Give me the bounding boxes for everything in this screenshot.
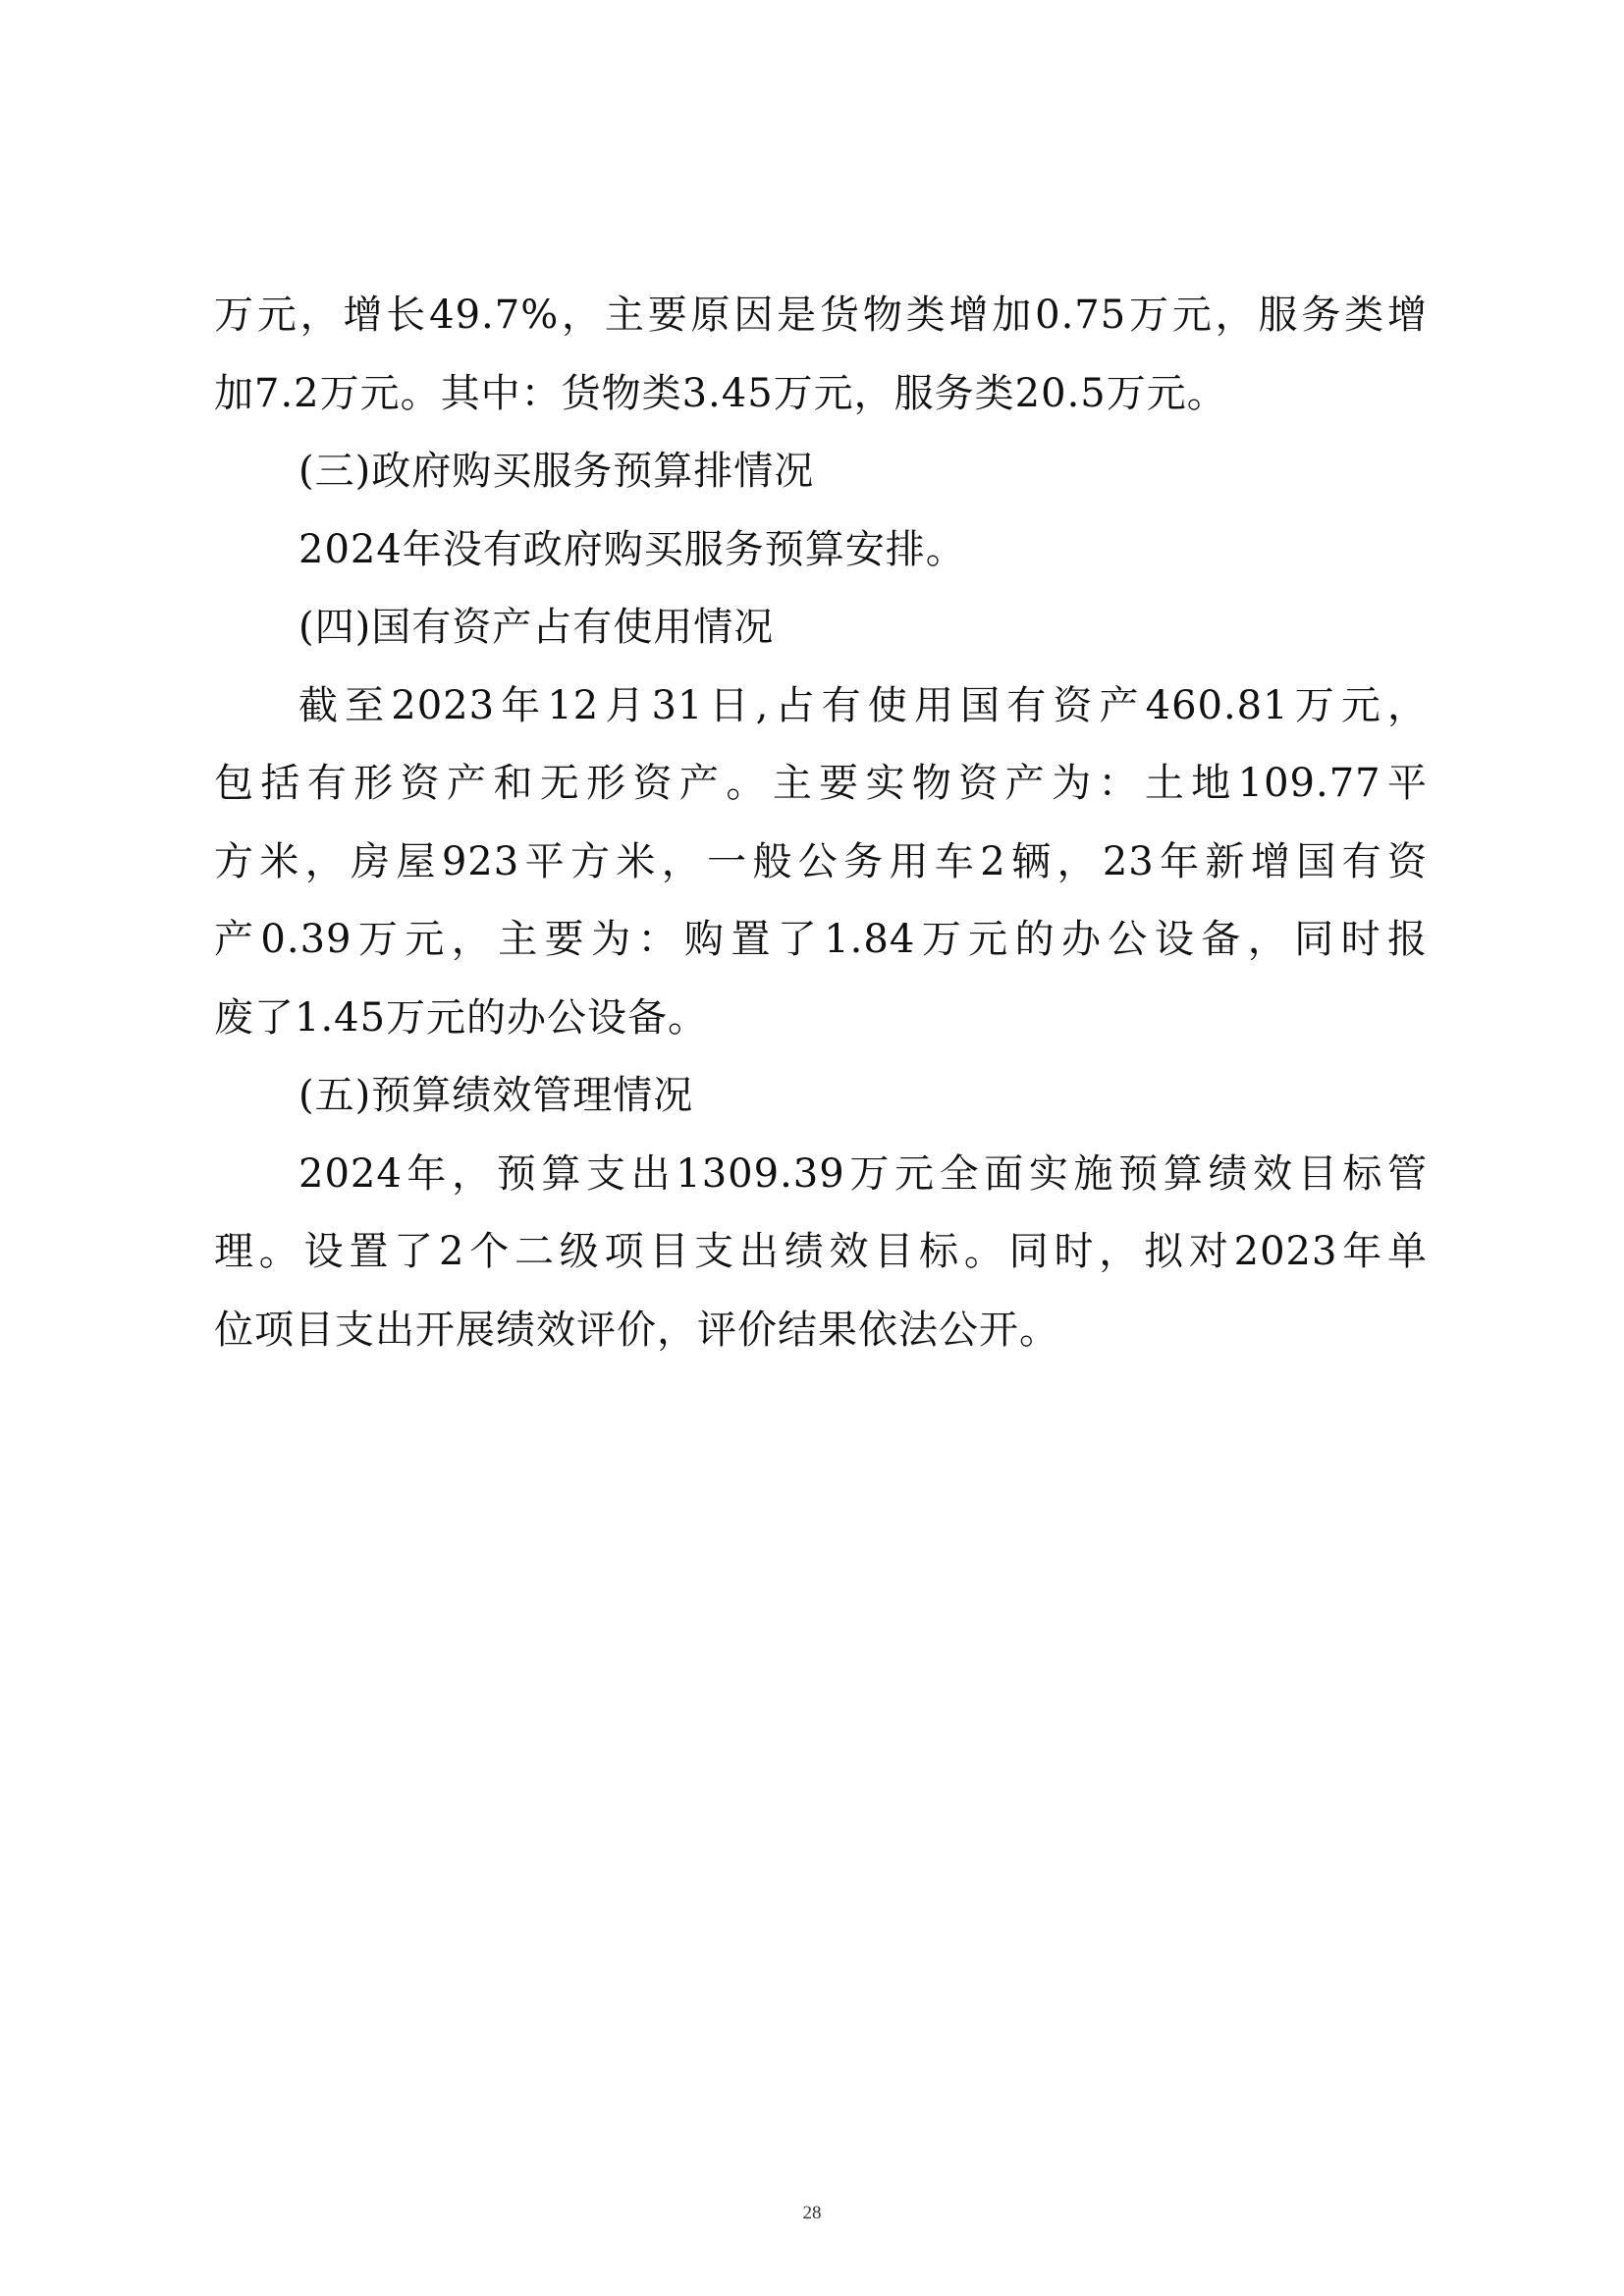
paragraph-line: 万元，增长49.7%，主要原因是货物类增加0.75万元，服务类增 [214, 281, 1428, 359]
section-heading-4: (四)国有资产占有使用情况 [214, 593, 1428, 671]
paragraph-line: 位项目支出开展绩效评价，评价结果依法公开。 [214, 1296, 1428, 1374]
paragraph-line: 方米，房屋923平方米，一般公务用车2辆，23年新增国有资 [214, 828, 1428, 906]
paragraph-line: 产0.39万元，主要为：购置了1.84万元的办公设备，同时报 [214, 905, 1428, 984]
paragraph-line: 2024年没有政府购买服务预算安排。 [214, 515, 1428, 594]
section-heading-5: (五)预算绩效管理情况 [214, 1061, 1428, 1140]
paragraph-line: 包括有形资产和无形资产。主要实物资产为：土地109.77平 [214, 749, 1428, 828]
paragraph-line: 理。设置了2个二级项目支出绩效目标。同时，拟对2023年单 [214, 1217, 1428, 1296]
paragraph-line: 截至2023年12月31日,占有使用国有资产460.81万元， [214, 671, 1428, 750]
section-heading-3: (三)政府购买服务预算排情况 [214, 437, 1428, 515]
paragraph-line: 废了1.45万元的办公设备。 [214, 984, 1428, 1062]
page-number: 28 [0, 2203, 1624, 2224]
paragraph-line: 2024年，预算支出1309.39万元全面实施预算绩效目标管 [214, 1140, 1428, 1218]
paragraph-line: 加7.2万元。其中：货物类3.45万元，服务类20.5万元。 [214, 359, 1428, 438]
body-text: 万元，增长49.7%，主要原因是货物类增加0.75万元，服务类增 加7.2万元。… [214, 281, 1428, 1373]
document-page: 万元，增长49.7%，主要原因是货物类增加0.75万元，服务类增 加7.2万元。… [0, 0, 1624, 2296]
